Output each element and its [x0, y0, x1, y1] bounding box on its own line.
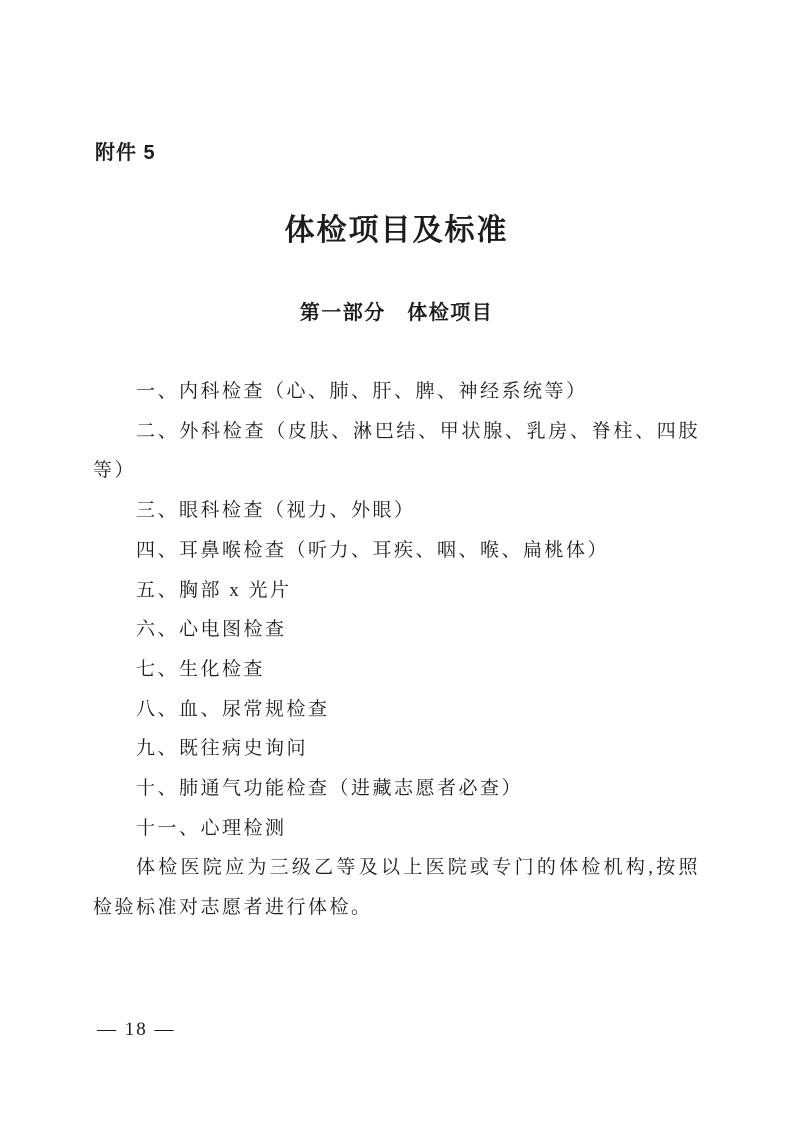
list-item-5: 五、胸部 x 光片	[93, 571, 700, 611]
closing-paragraph: 体检医院应为三级乙等及以上医院或专门的体检机构,按照检验标准对志愿者进行体检。	[93, 848, 700, 927]
exam-items-section: 一、内科检查（心、肺、肝、脾、神经系统等） 二、外科检查（皮肤、淋巴结、甲状腺、…	[93, 372, 700, 928]
list-item-6: 六、心电图检查	[93, 610, 700, 650]
list-item-8: 八、血、尿常规检查	[93, 690, 700, 730]
document-page: 附件 5 体检项目及标准 第一部分 体检项目 一、内科检查（心、肺、肝、脾、神经…	[0, 0, 793, 1122]
document-title: 体检项目及标准	[0, 213, 793, 249]
page-number: — 18 —	[97, 1018, 176, 1042]
section-heading: 第一部分 体检项目	[0, 301, 793, 325]
list-item-1: 一、内科检查（心、肺、肝、脾、神经系统等）	[93, 372, 700, 412]
list-item-11: 十一、心理检测	[93, 809, 700, 849]
attachment-label: 附件 5	[95, 141, 156, 165]
list-item-9: 九、既往病史询问	[93, 729, 700, 769]
list-item-4: 四、耳鼻喉检查（听力、耳疾、咽、喉、扁桃体）	[93, 531, 700, 571]
list-item-10: 十、肺通气功能检查（进藏志愿者必查）	[93, 769, 700, 809]
list-item-2: 二、外科检查（皮肤、淋巴结、甲状腺、乳房、脊柱、四肢等）	[93, 412, 700, 491]
list-item-7: 七、生化检查	[93, 650, 700, 690]
list-item-3: 三、眼科检查（视力、外眼）	[93, 491, 700, 531]
